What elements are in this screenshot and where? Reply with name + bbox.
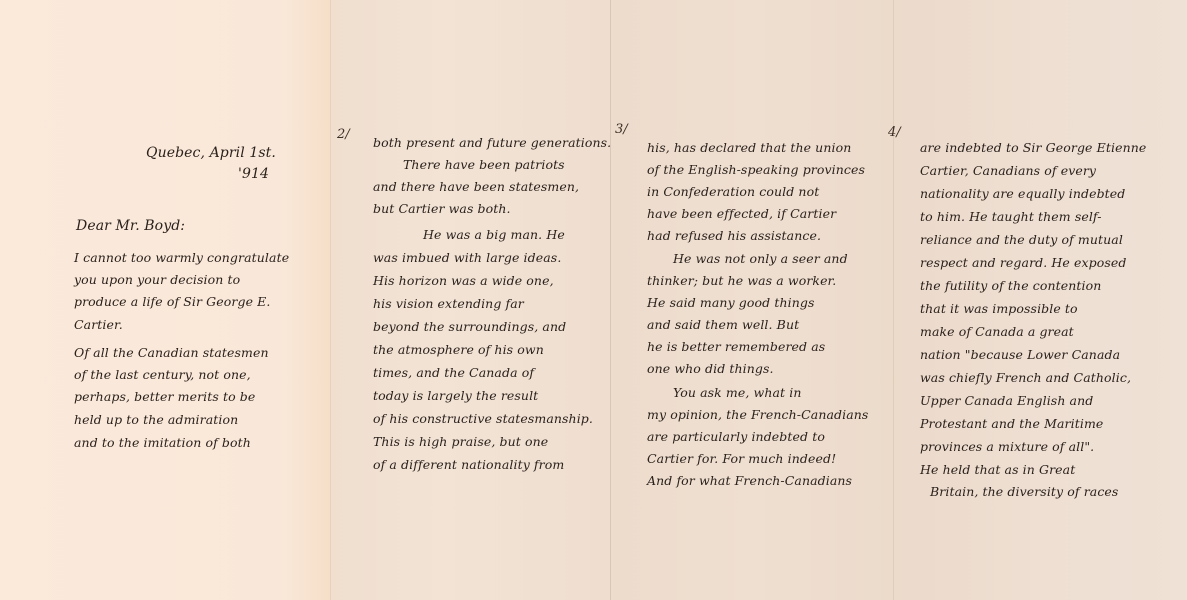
text-line: He was not only a seer and: [673, 251, 848, 266]
text-line: reliance and the duty of mutual: [920, 232, 1123, 247]
text-line: Cartier.: [74, 317, 123, 332]
text-line: Britain, the diversity of races: [930, 484, 1118, 499]
text-line: and there have been statesmen,: [373, 179, 579, 194]
text-line: Cartier, Canadians of every: [920, 163, 1096, 178]
text-line: he is better remembered as: [647, 339, 825, 354]
text-line: was imbued with large ideas.: [373, 250, 561, 265]
text-line: are particularly indebted to: [647, 429, 825, 444]
text-line: and to the imitation of both: [74, 435, 251, 450]
page-number: 3/: [615, 122, 628, 137]
text-line: you upon your decision to: [74, 272, 240, 287]
text-line: There have been patriots: [403, 157, 565, 172]
text-line: He was a big man. He: [423, 227, 565, 242]
text-line: in Confederation could not: [647, 184, 819, 199]
text-line: had refused his assistance.: [647, 228, 821, 243]
text-line: You ask me, what in: [673, 385, 801, 400]
text-line: but Cartier was both.: [373, 201, 511, 216]
text-line: thinker; but he was a worker.: [647, 273, 836, 288]
text-line: one who did things.: [647, 361, 774, 376]
text-line: of the English-speaking provinces: [647, 162, 865, 177]
text-line: He held that as in Great: [920, 462, 1075, 477]
text-line: and said them well. But: [647, 317, 799, 332]
text-line: of the last century, not one,: [74, 367, 251, 382]
text-line: have been effected, if Cartier: [647, 206, 836, 221]
text-line: He said many good things: [647, 295, 814, 310]
text-line: both present and future generations.: [373, 135, 611, 150]
letter-place-date: Quebec, April 1st.: [146, 145, 276, 161]
text-line: produce a life of Sir George E.: [74, 294, 270, 309]
text-line: nationality are equally indebted: [920, 186, 1125, 201]
text-line: His horizon was a wide one,: [373, 273, 554, 288]
text-line: This is high praise, but one: [373, 434, 548, 449]
text-line: of his constructive statesmanship.: [373, 411, 593, 426]
text-line: provinces a mixture of all".: [920, 439, 1094, 454]
letter-salutation: Dear Mr. Boyd:: [76, 218, 185, 234]
text-line: Protestant and the Maritime: [920, 416, 1103, 431]
text-line: to him. He taught them self-: [920, 209, 1102, 224]
text-line: And for what French-Canadians: [647, 473, 852, 488]
text-line: today is largely the result: [373, 388, 538, 403]
text-line: my opinion, the French-Canadians: [647, 407, 868, 422]
text-line: his, has declared that the union: [647, 140, 851, 155]
text-line: I cannot too warmly congratulate: [74, 250, 289, 265]
text-line: Of all the Canadian statesmen: [74, 345, 269, 360]
text-line: perhaps, better merits to be: [74, 389, 255, 404]
letter-page-2: 2/ both present and future generations. …: [330, 0, 611, 600]
text-line: are indebted to Sir George Etienne: [920, 140, 1146, 155]
text-line: nation "because Lower Canada: [920, 347, 1120, 362]
text-line: was chiefly French and Catholic,: [920, 370, 1131, 385]
text-line: beyond the surroundings, and: [373, 319, 566, 334]
text-line: the atmosphere of his own: [373, 342, 544, 357]
text-line: Upper Canada English and: [920, 393, 1093, 408]
page-number: 4/: [888, 125, 901, 140]
letter-page-3: 3/ his, has declared that the union of t…: [610, 0, 894, 600]
text-line: held up to the admiration: [74, 412, 238, 427]
text-line: respect and regard. He exposed: [920, 255, 1126, 270]
text-line: times, and the Canada of: [373, 365, 534, 380]
page-number: 2/: [337, 127, 350, 142]
text-line: make of Canada a great: [920, 324, 1074, 339]
letter-page-1: Quebec, April 1st. '914 Dear Mr. Boyd: I…: [0, 0, 330, 600]
text-line: his vision extending far: [373, 296, 524, 311]
text-line: of a different nationality from: [373, 457, 564, 472]
letter-page-4: 4/ are indebted to Sir George Etienne Ca…: [893, 0, 1187, 600]
text-line: that it was impossible to: [920, 301, 1078, 316]
text-line: Cartier for. For much indeed!: [647, 451, 836, 466]
text-line: the futility of the contention: [920, 278, 1101, 293]
manuscript-scan: Quebec, April 1st. '914 Dear Mr. Boyd: I…: [0, 0, 1187, 600]
letter-year: '914: [238, 166, 269, 182]
